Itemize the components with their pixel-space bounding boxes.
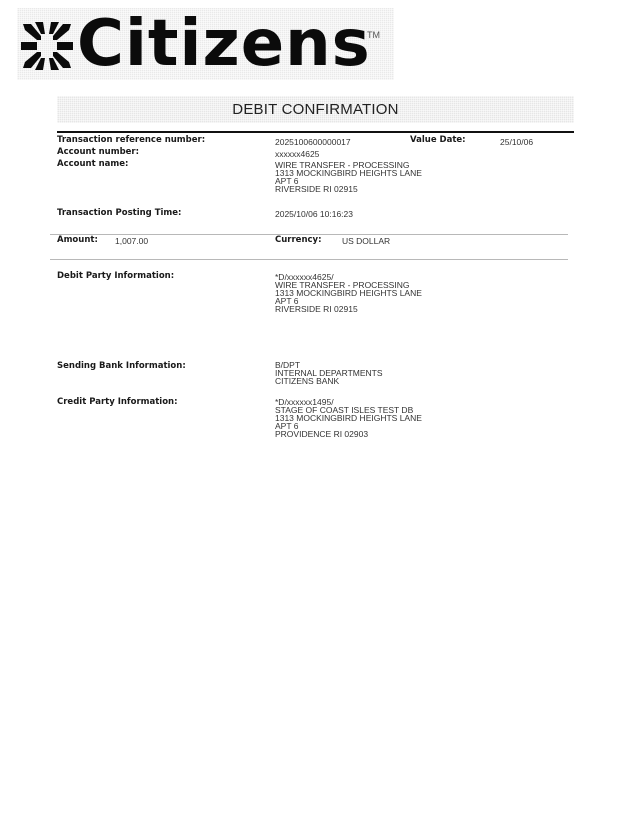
sending-bank-line: CITIZENS BANK [275, 377, 383, 385]
debit-party-value: *D/xxxxxx4625/ WIRE TRANSFER - PROCESSIN… [275, 273, 422, 313]
citizens-logo: Citizens TM [17, 8, 394, 80]
account-name-line: RIVERSIDE RI 02915 [275, 185, 422, 193]
sending-bank-value: B/DPT INTERNAL DEPARTMENTS CITIZENS BANK [275, 361, 383, 385]
transaction-reference-label: Transaction reference number: [57, 135, 205, 145]
value-date-label: Value Date: [410, 135, 466, 145]
sending-bank-label: Sending Bank Information: [57, 361, 186, 371]
transaction-reference-value: 2025100600000017 [275, 137, 351, 147]
account-number-value: xxxxxx4625 [275, 149, 319, 159]
credit-party-line: PROVIDENCE RI 02903 [275, 430, 422, 438]
document-title-banner: DEBIT CONFIRMATION [57, 96, 574, 123]
account-name-value: WIRE TRANSFER - PROCESSING 1313 MOCKINGB… [275, 161, 422, 193]
posting-time-label: Transaction Posting Time: [57, 208, 181, 218]
amount-label: Amount: [57, 235, 98, 245]
account-number-label: Account number: [57, 147, 139, 157]
credit-party-value: *D/xxxxxx1495/ STAGE OF COAST ISLES TEST… [275, 398, 422, 438]
amount-value: 1,007.00 [115, 236, 148, 246]
trademark-mark: TM [367, 30, 380, 40]
currency-value: US DOLLAR [342, 236, 390, 246]
posting-time-value: 2025/10/06 10:16:23 [275, 209, 353, 219]
citizens-arrows-icon [21, 20, 73, 72]
account-name-label: Account name: [57, 159, 128, 169]
document-title: DEBIT CONFIRMATION [232, 101, 398, 118]
value-date-value: 25/10/06 [500, 137, 533, 147]
brand-name: Citizens [77, 4, 371, 84]
amount-bottom-divider [50, 259, 568, 260]
currency-label: Currency: [275, 235, 321, 245]
credit-party-label: Credit Party Information: [57, 397, 178, 407]
debit-party-label: Debit Party Information: [57, 271, 174, 281]
header-divider [57, 131, 574, 133]
debit-party-line: RIVERSIDE RI 02915 [275, 305, 422, 313]
